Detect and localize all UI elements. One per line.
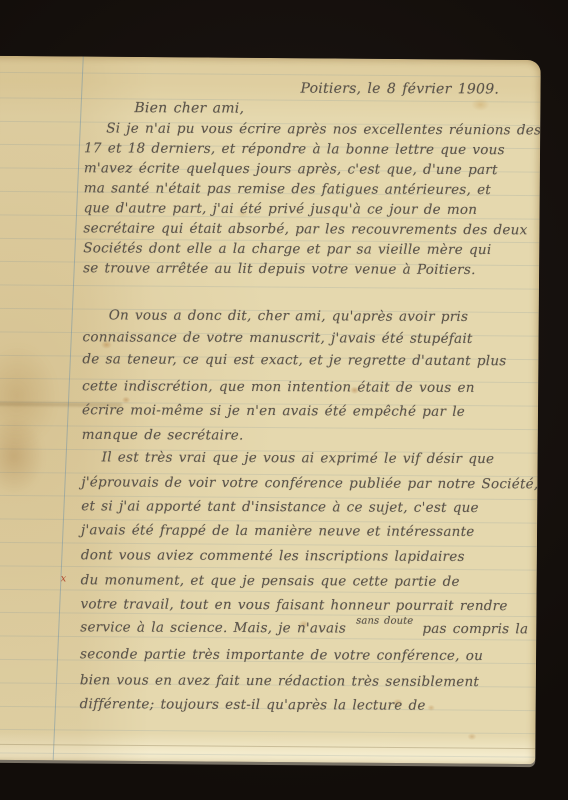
handwriting-line: différente; toujours est-il qu'après la … (80, 696, 426, 714)
handwriting-line: 17 et 18 derniers, et répondre à la bonn… (84, 140, 505, 158)
handwriting-line-with-insertion: service à la science. Mais, je n'avais s… (80, 619, 528, 639)
handwriting-line: j'avais été frappé de la manière neuve e… (81, 522, 475, 540)
handwriting-line: Si je n'ai pu vous écrire après nos exce… (106, 121, 541, 139)
handwriting-line: ma santé n'était pas remise des fatigues… (84, 180, 491, 198)
handwriting-line: écrire moi-même si je n'en avais été emp… (82, 402, 465, 420)
handwriting-line: et si j'ai apporté tant d'insistance à c… (81, 498, 479, 516)
dateline: Poitiers, le 8 février 1909. (300, 81, 499, 98)
handwriting-line: j'éprouvais de voir votre conférence pub… (81, 474, 538, 492)
handwriting-line: Sociétés dont elle a la charge et par sa… (83, 240, 491, 258)
letter-page: Poitiers, le 8 février 1909. Bien cher a… (0, 56, 541, 764)
interline-insertion: sans doute (356, 614, 413, 630)
handwriting-line: votre travail, tout en vous faisant honn… (80, 596, 507, 614)
handwriting-line: du monument, et que je pensais que cette… (81, 572, 460, 590)
scan-background: { "colors": { "background": "#120d0a", "… (0, 0, 568, 800)
handwriting-line: secrétaire qui était absorbé, par les re… (83, 220, 527, 238)
handwriting-line: que d'autre part, j'ai été privé jusqu'à… (84, 200, 478, 218)
handwriting-line: de sa teneur, ce qui est exact, et je re… (82, 351, 506, 369)
handwriting-line: On vous a donc dit, cher ami, qu'après a… (109, 307, 469, 325)
handwriting-line: m'avez écrite quelques jours après, c'es… (84, 160, 498, 178)
salutation: Bien cher ami, (134, 100, 244, 116)
handwriting-line: dont vous aviez commenté les inscription… (81, 547, 465, 565)
handwriting-line: connaissance de votre manuscrit, j'avais… (83, 329, 473, 347)
line-segment: pas compris la (422, 621, 528, 637)
handwriting-line: cette indiscrétion, que mon intention ét… (82, 378, 475, 396)
margin-x-mark: x (61, 574, 67, 584)
handwriting-line: Il est très vrai que je vous ai exprimé … (102, 449, 495, 467)
handwriting-line: bien vous en avez fait une rédaction trè… (80, 672, 479, 690)
handwriting-line: se trouve arrêtée au lit depuis votre ve… (83, 260, 476, 278)
handwriting-line: seconde partie très importante de votre … (80, 646, 483, 664)
line-segment: service à la science. Mais, je n'avais (80, 619, 346, 636)
handwriting-line: manque de secrétaire. (82, 427, 244, 444)
